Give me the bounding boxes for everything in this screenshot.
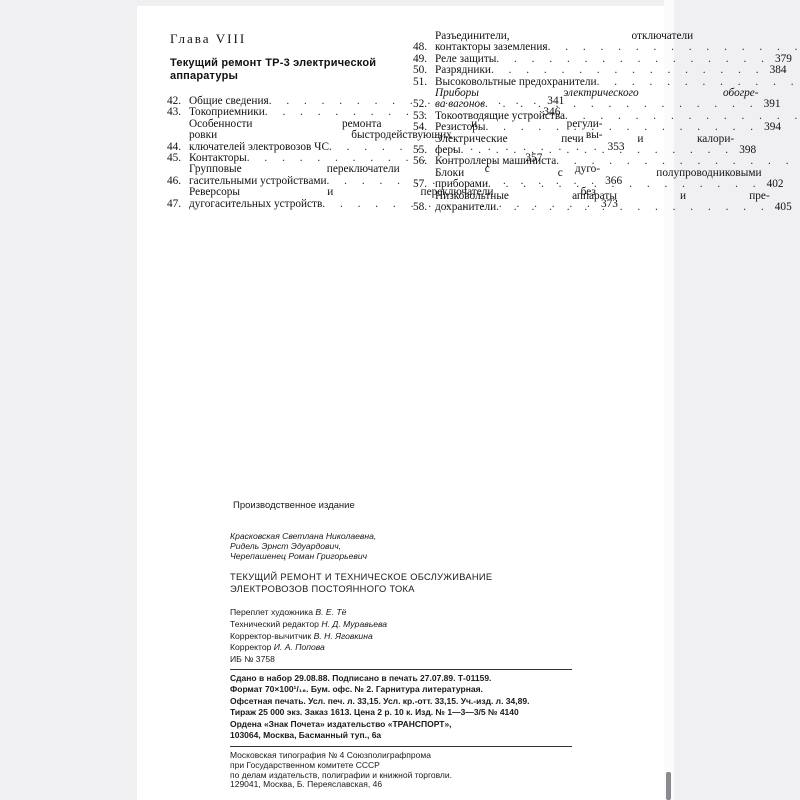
author: Ридель Эрнст Эдуардович,	[230, 541, 376, 551]
print-info: Сдано в набор 29.08.88. Подписано в печа…	[230, 673, 529, 741]
toc-entry-page: 391	[759, 99, 781, 110]
toc-entry[interactable]: 58.Низковольтные аппараты и пре-дохранит…	[413, 191, 635, 214]
toc-entry-number: 43.	[167, 107, 189, 118]
toc-entry-number: 47.	[167, 199, 189, 210]
staff-credit: Технический редактор Н. Д. Муравьева	[230, 619, 387, 631]
staff-role: Технический редактор	[230, 619, 319, 629]
toc-entry[interactable]: 52.Приборы электрического обогре-ва ваго…	[413, 88, 635, 111]
toc-entry-number: 46.	[167, 176, 189, 187]
chapter-title: Текущий ремонт ТР-3 электрической аппара…	[170, 57, 390, 83]
toc-entry[interactable]: 50.Разрядники . . . . . . . . . . . . . …	[413, 65, 635, 76]
staff-role: Корректор-вычитчик	[230, 631, 311, 641]
toc-entry-title: дохранители . . . . . . . . . . . . . . …	[435, 202, 770, 213]
toc-entry-page: 394	[759, 122, 781, 133]
toc-entry-page: 405	[770, 202, 792, 213]
toc-entry-number: 50.	[413, 65, 435, 76]
leader-dots: . . . . . . . . . . . . . . . .	[565, 111, 800, 122]
toc-entry[interactable]: 46.Групповые переключатели с дуго-гасите…	[167, 164, 385, 187]
toc-entry[interactable]: 57.Блоки с полупроводниковымиприборами .…	[413, 168, 635, 191]
toc-entry-number: 45.	[167, 153, 189, 164]
toc-entry[interactable]: 47.Реверсоры и переключатели бездугогаси…	[167, 187, 385, 210]
toc-entry[interactable]: 54.Резисторы . . . . . . . . . . . . . .…	[413, 122, 635, 133]
divider	[230, 746, 572, 747]
staff-role: Переплет художника	[230, 607, 313, 617]
leader-dots: . . . . . . . . . . . . . . . .	[488, 179, 762, 190]
staff-role: Корректор	[230, 642, 271, 652]
toc-entry-title: Электрические печи и калори-	[435, 134, 734, 145]
staff-credit: Переплет художника В. Е. Тё	[230, 607, 387, 619]
toc-entry[interactable]: 44.Особенности ремонта и регули-ровки бы…	[167, 119, 385, 153]
publication-type: Производственное издание	[233, 500, 355, 511]
book-title-line: ТЕКУЩИЙ РЕМОНТ И ТЕХНИЧЕСКОЕ ОБСЛУЖИВАНИ…	[230, 571, 492, 583]
table-of-contents-right: 48.Разъединители, отключатели иконтактор…	[413, 31, 635, 214]
toc-entry-number: 56.	[413, 156, 435, 167]
leader-dots: . . . . . . . . . . . . . . . .	[496, 54, 770, 65]
chapter-title-line: аппаратуры	[170, 70, 390, 83]
staff-credit: Корректор И. А. Попова	[230, 642, 387, 654]
book-title: ТЕКУЩИЙ РЕМОНТ И ТЕХНИЧЕСКОЕ ОБСЛУЖИВАНИ…	[230, 571, 492, 596]
staff-name: В. Е. Тё	[315, 607, 346, 617]
staff-name: В. Н. Яговкина	[314, 631, 373, 641]
toc-entry-number: 57.	[413, 179, 435, 190]
authors-list: Красковская Светлана Николаевна, Ридель …	[230, 531, 376, 562]
print-info-line: Офсетная печать. Усл. печ. л. 33,15. Усл…	[230, 696, 529, 707]
divider	[230, 669, 572, 670]
toc-entry-number: 58.	[413, 202, 435, 213]
print-info-line: Сдано в набор 29.08.88. Подписано в печа…	[230, 673, 529, 684]
toc-entry-number: 54.	[413, 122, 435, 133]
leader-dots: . . . . . . . . . . . . . . . .	[491, 65, 765, 76]
toc-entry-page: 398	[734, 145, 756, 156]
staff-name: И. А. Попова	[274, 642, 325, 652]
toc-entry-title: Токоотводящие устройства . . . . . . . .…	[435, 111, 800, 122]
toc-entry-number: 51.	[413, 77, 435, 88]
leader-dots: . . . . . . . . . . . . . . . .	[548, 42, 800, 53]
toc-entry-title: Разрядники . . . . . . . . . . . . . . .…	[435, 65, 765, 76]
leader-dots: . . . . . . . . . . . . . . . .	[496, 202, 770, 213]
print-info-line: Тираж 25 000 экз. Заказ 1613. Цена 2 р. …	[230, 707, 529, 718]
printer-line: 129041, Москва, Б. Переяславская, 46	[230, 780, 452, 790]
print-info-line: Ордена «Знак Почета» издательство «ТРАНС…	[230, 719, 529, 730]
leader-dots: . . . . . . . . . . . . . . . .	[485, 122, 759, 133]
author: Черепашенец Роман Григорьевич	[230, 551, 376, 561]
scrollbar-thumb[interactable]	[666, 772, 671, 800]
book-title-line: ЭЛЕКТРОВОЗОВ ПОСТОЯННОГО ТОКА	[230, 583, 492, 595]
staff-credits: Переплет художника В. Е. Тё Технический …	[230, 607, 387, 666]
toc-entry[interactable]: 55.Электрические печи и калори-феры . . …	[413, 134, 635, 157]
staff-credit: Корректор-вычитчик В. Н. Яговкина	[230, 631, 387, 643]
toc-entry-page: 402	[762, 179, 784, 190]
ib-number: ИБ № 3758	[230, 654, 387, 666]
chapter-title-line: Текущий ремонт ТР-3 электрической	[170, 57, 390, 70]
staff-name: Н. Д. Муравьева	[321, 619, 387, 629]
table-of-contents-left: 42.Общие сведения . . . . . . . . . . . …	[167, 96, 385, 210]
chapter-label: Глава VIII	[170, 31, 246, 47]
toc-entry-title: Резисторы . . . . . . . . . . . . . . . …	[435, 122, 759, 133]
printer-info: Московская типография № 4 Союзполиграфпр…	[230, 751, 452, 790]
toc-entry-title: приборами . . . . . . . . . . . . . . . …	[435, 179, 762, 190]
print-info-line: 103064, Москва, Басманный туп., 6а	[230, 730, 529, 741]
toc-entry[interactable]: 48.Разъединители, отключатели иконтактор…	[413, 31, 635, 54]
print-info-line: Формат 70×100¹/₁₆. Бум. офс. № 2. Гарнит…	[230, 684, 529, 695]
author: Красковская Светлана Николаевна,	[230, 531, 376, 541]
toc-entry-page: 384	[765, 65, 787, 76]
